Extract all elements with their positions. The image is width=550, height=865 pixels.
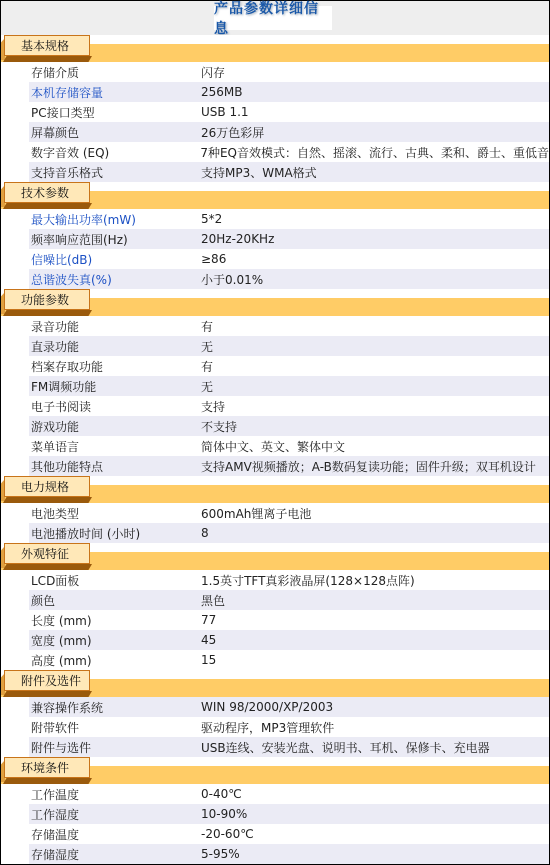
- spec-label: 其他功能特点: [29, 458, 201, 475]
- spec-label: 存储湿度: [29, 846, 201, 863]
- spec-value: 闪存: [201, 64, 225, 81]
- spec-value: 无: [201, 378, 213, 395]
- section-tab: 附件及选件: [4, 670, 90, 691]
- spec-label: 电池播放时间 (小时): [29, 525, 201, 542]
- spec-label: 菜单语言: [29, 438, 201, 455]
- spec-label: 宽度 (mm): [29, 632, 201, 649]
- spec-value: 有: [201, 318, 213, 335]
- section-header: 环境条件: [1, 757, 549, 784]
- spec-row: 最大输出功率(mW)5*2: [29, 209, 549, 229]
- section-tab-shadow: [3, 778, 92, 784]
- spec-label: 附带软件: [29, 719, 201, 736]
- section-title: 附件及选件: [21, 672, 81, 689]
- spec-label: 档案存取功能: [29, 358, 201, 375]
- spec-row: 信噪比(dB)≥86: [29, 249, 549, 269]
- spec-value: 有: [201, 358, 213, 375]
- section-tab-shadow: [3, 691, 92, 697]
- spec-row: LCD面板1.5英寸TFT真彩液晶屏(128×128点阵): [29, 570, 549, 590]
- spec-label: 频率响应范围(Hz): [29, 231, 201, 248]
- spec-row: 档案存取功能有: [29, 356, 549, 376]
- spec-value: 5-95%: [201, 847, 240, 861]
- spec-row: 宽度 (mm)45: [29, 630, 549, 650]
- section-title: 电力规格: [21, 478, 69, 495]
- spec-row: 总谐波失真(%)小于0.01%: [29, 269, 549, 289]
- section-tab-shadow: [3, 203, 92, 209]
- spec-value: 7种EQ音效模式：自然、摇滚、流行、古典、柔和、爵士、重低音: [200, 144, 549, 161]
- spec-row: FM调频功能无: [29, 376, 549, 396]
- title-box: 产品参数详细信息: [214, 6, 332, 30]
- spec-value: 支持MP3、WMA格式: [201, 164, 317, 181]
- spec-label-link[interactable]: 总谐波失真(%): [29, 271, 201, 288]
- spec-row: 直录功能无: [29, 336, 549, 356]
- section-header: 外观特征: [1, 543, 549, 570]
- section-tab: 电力规格: [4, 476, 90, 497]
- spec-label-link[interactable]: 最大输出功率(mW): [29, 211, 201, 228]
- spec-row: 录音功能有: [29, 316, 549, 336]
- spec-label: 录音功能: [29, 318, 201, 335]
- spec-value: USB 1.1: [201, 105, 249, 119]
- spec-value: 驱动程序，MP3管理软件: [201, 719, 334, 736]
- spec-label: 工作湿度: [29, 806, 201, 823]
- spec-label: 兼容操作系统: [29, 699, 201, 716]
- spec-row: 附带软件驱动程序，MP3管理软件: [29, 717, 549, 737]
- spec-value: 1.5英寸TFT真彩液晶屏(128×128点阵): [201, 572, 415, 589]
- spec-value: 支持: [201, 398, 225, 415]
- spec-value: 小于0.01%: [201, 271, 263, 288]
- spec-label-link[interactable]: 本机存储容量: [29, 84, 201, 101]
- spec-row: 电子书阅读支持: [29, 396, 549, 416]
- section-tab-shadow: [3, 310, 92, 316]
- spec-row: 存储介质闪存: [29, 62, 549, 82]
- spec-row: 工作温度0-40℃: [29, 784, 549, 804]
- spec-row: 数字音效 (EQ)7种EQ音效模式：自然、摇滚、流行、古典、柔和、爵士、重低音: [29, 142, 549, 162]
- section-tab-shadow: [3, 564, 92, 570]
- sections-container: 基本规格存储介质闪存本机存储容量256MBPC接口类型USB 1.1屏幕颜色26…: [1, 35, 549, 864]
- spec-value: 0-40℃: [201, 787, 242, 801]
- spec-label: 颜色: [29, 592, 201, 609]
- section-tab-shadow: [3, 56, 92, 62]
- spec-sheet: 产品参数详细信息 基本规格存储介质闪存本机存储容量256MBPC接口类型USB …: [0, 0, 550, 865]
- spec-value: 无: [201, 338, 213, 355]
- section-header: 技术参数: [1, 182, 549, 209]
- spec-value: 77: [201, 613, 216, 627]
- spec-row: 屏幕颜色26万色彩屏: [29, 122, 549, 142]
- spec-label: 长度 (mm): [29, 612, 201, 629]
- spec-value: 黑色: [201, 592, 225, 609]
- spec-value: 20Hz-20KHz: [201, 232, 274, 246]
- spec-value: 45: [201, 633, 216, 647]
- spec-row: 兼容操作系统WIN 98/2000/XP/2003: [29, 697, 549, 717]
- section-header: 附件及选件: [1, 670, 549, 697]
- spec-row: 高度 (mm)15: [29, 650, 549, 670]
- spec-value: -20-60℃: [201, 827, 254, 841]
- spec-label: 工作温度: [29, 786, 201, 803]
- spec-value: 26万色彩屏: [201, 124, 264, 141]
- spec-label: PC接口类型: [29, 104, 201, 121]
- spec-value: 不支持: [201, 418, 237, 435]
- spec-value: WIN 98/2000/XP/2003: [201, 700, 333, 714]
- spec-label: 电子书阅读: [29, 398, 201, 415]
- spec-row: 频率响应范围(Hz)20Hz-20KHz: [29, 229, 549, 249]
- section-tab: 环境条件: [4, 757, 90, 778]
- section-tab: 技术参数: [4, 182, 90, 203]
- section-tab: 外观特征: [4, 543, 90, 564]
- spec-row: 工作湿度10-90%: [29, 804, 549, 824]
- spec-label: LCD面板: [29, 572, 201, 589]
- spec-row: 游戏功能不支持: [29, 416, 549, 436]
- spec-row: 附件与选件USB连线、安装光盘、说明书、耳机、保修卡、充电器: [29, 737, 549, 757]
- spec-row: 存储湿度5-95%: [29, 844, 549, 864]
- spec-label-link[interactable]: 信噪比(dB): [29, 251, 201, 268]
- spec-row: 颜色黑色: [29, 590, 549, 610]
- spec-row: 存储温度-20-60℃: [29, 824, 549, 844]
- section-header: 基本规格: [1, 35, 549, 62]
- section-header: 功能参数: [1, 289, 549, 316]
- spec-row: 其他功能特点支持AMV视频播放；A-B数码复读功能；固件升级；双耳机设计: [29, 456, 549, 476]
- spec-value: 简体中文、英文、繁体中文: [201, 438, 345, 455]
- section-header: 电力规格: [1, 476, 549, 503]
- spec-label: 存储介质: [29, 64, 201, 81]
- spec-value: 600mAh锂离子电池: [201, 505, 311, 522]
- spec-value: 256MB: [201, 85, 243, 99]
- section-tab: 基本规格: [4, 35, 90, 56]
- spec-row: PC接口类型USB 1.1: [29, 102, 549, 122]
- section-title: 外观特征: [21, 545, 69, 562]
- spec-value: 支持AMV视频播放；A-B数码复读功能；固件升级；双耳机设计: [201, 458, 536, 475]
- spec-value: ≥86: [201, 252, 226, 266]
- spec-row: 支持音乐格式支持MP3、WMA格式: [29, 162, 549, 182]
- title-bar: 产品参数详细信息: [1, 1, 549, 35]
- section-tab-shadow: [3, 497, 92, 503]
- spec-label: 直录功能: [29, 338, 201, 355]
- section-title: 功能参数: [21, 291, 69, 308]
- spec-value: 10-90%: [201, 807, 247, 821]
- spec-label: 屏幕颜色: [29, 124, 201, 141]
- spec-label: 电池类型: [29, 505, 201, 522]
- spec-value: 5*2: [201, 212, 222, 226]
- section-title: 基本规格: [21, 37, 69, 54]
- section-title: 环境条件: [21, 759, 69, 776]
- spec-label: 支持音乐格式: [29, 164, 201, 181]
- spec-label: 高度 (mm): [29, 652, 201, 669]
- spec-label: 游戏功能: [29, 418, 201, 435]
- spec-label: 附件与选件: [29, 739, 201, 756]
- page-title: 产品参数详细信息: [214, 0, 332, 38]
- spec-value: 8: [201, 526, 209, 540]
- section-title: 技术参数: [21, 184, 69, 201]
- spec-value: USB连线、安装光盘、说明书、耳机、保修卡、充电器: [201, 739, 490, 756]
- spec-row: 本机存储容量256MB: [29, 82, 549, 102]
- spec-row: 电池播放时间 (小时)8: [29, 523, 549, 543]
- spec-row: 电池类型600mAh锂离子电池: [29, 503, 549, 523]
- spec-label: 存储温度: [29, 826, 201, 843]
- spec-value: 15: [201, 653, 216, 667]
- spec-row: 长度 (mm)77: [29, 610, 549, 630]
- section-tab: 功能参数: [4, 289, 90, 310]
- spec-label: 数字音效 (EQ): [29, 144, 200, 161]
- spec-row: 菜单语言简体中文、英文、繁体中文: [29, 436, 549, 456]
- spec-label: FM调频功能: [29, 378, 201, 395]
